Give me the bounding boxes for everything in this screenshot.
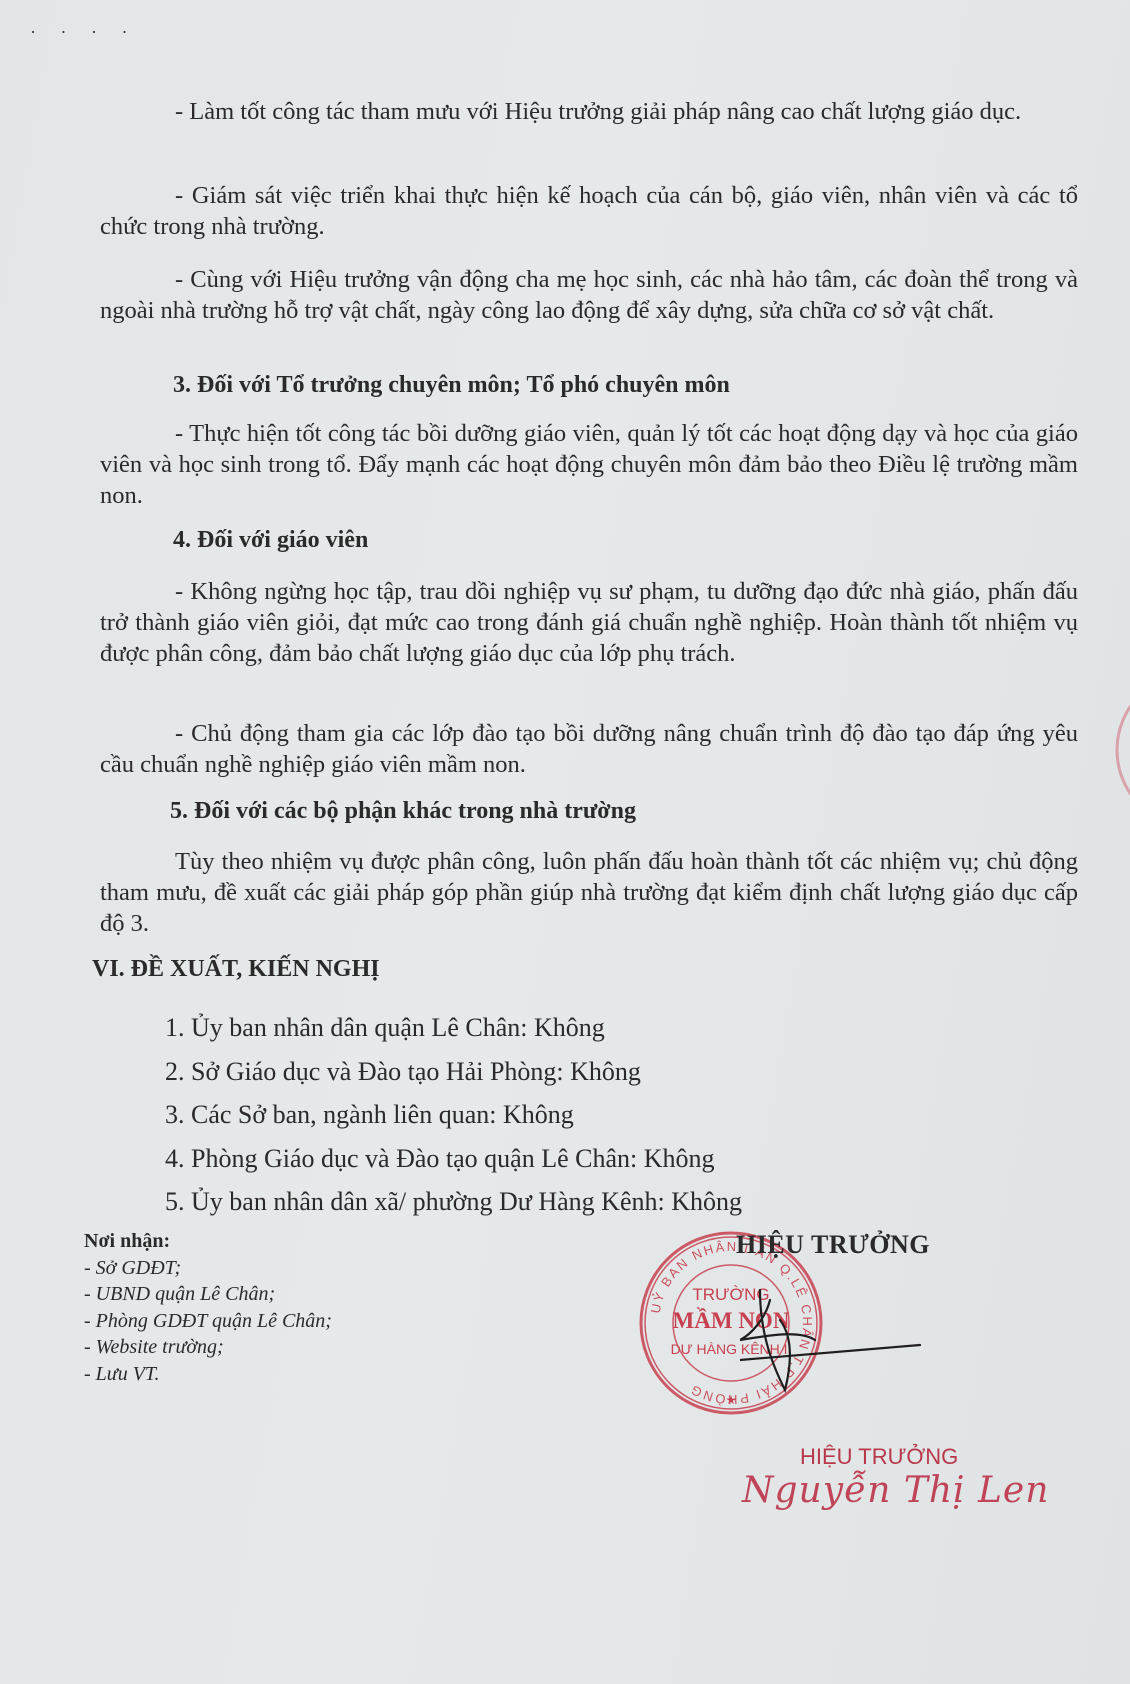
section-4-para-2: - Chủ động tham gia các lớp đào tạo bồi … [100,718,1078,780]
para-2: - Giám sát việc triển khai thực hiện kế … [100,180,1078,242]
paper-specks: · · · · [30,22,137,43]
proposal-item: 3. Các Sở ban, ngành liên quan: Không [165,1093,742,1137]
paragraph-mobilize: - Cùng với Hiệu trưởng vận động cha mẹ h… [100,264,1078,326]
section-5-para: Tùy theo nhiệm vụ được phân công, luôn p… [100,846,1078,939]
recipient-item: - UBND quận Lê Chân; [84,1281,332,1308]
proposal-item: 1. Ủy ban nhân dân quận Lê Chân: Không [165,1006,742,1050]
stamp-name: Nguyễn Thị Len [742,1470,1049,1511]
paragraph-supervise: - Giám sát việc triển khai thực hiện kế … [100,180,1078,242]
section-4-para-1: - Không ngừng học tập, trau dồi nghiệp v… [100,576,1078,669]
signature-title: HIỆU TRƯỞNG [736,1230,930,1260]
section-4-body-1: - Không ngừng học tập, trau dồi nghiệp v… [100,576,1078,669]
section-5-body: Tùy theo nhiệm vụ được phân công, luôn p… [100,846,1078,939]
section-3-title: 3. Đối với Tổ trưởng chuyên môn; Tổ phó … [173,372,730,399]
section-3-para: - Thực hiện tốt công tác bồi dưỡng giáo … [100,418,1078,511]
edge-seal-fragment-icon [1110,670,1130,830]
svg-text:★: ★ [726,1393,737,1407]
recipient-item: - Phòng GDĐT quận Lê Chân; [84,1308,332,1335]
proposals-list: 1. Ủy ban nhân dân quận Lê Chân: Không 2… [165,1006,742,1224]
section-5-title: 5. Đối với các bộ phận khác trong nhà tr… [170,798,636,825]
recipients-title: Nơi nhận: [84,1228,332,1255]
section-4-title: 4. Đối với giáo viên [173,527,368,554]
handwritten-signature-icon [740,1280,930,1410]
para-3: - Cùng với Hiệu trưởng vận động cha mẹ h… [100,264,1078,326]
section-4-body-2: - Chủ động tham gia các lớp đào tạo bồi … [100,718,1078,780]
recipient-item: - Website trường; [84,1334,332,1361]
section-3-body: - Thực hiện tốt công tác bồi dưỡng giáo … [100,418,1078,511]
proposal-item: 4. Phòng Giáo dục và Đào tạo quận Lê Châ… [165,1137,742,1181]
proposal-item: 2. Sở Giáo dục và Đào tạo Hải Phòng: Khô… [165,1050,742,1094]
proposal-item: 5. Ủy ban nhân dân xã/ phường Dư Hàng Kê… [165,1180,742,1224]
document-page: · · · · - Làm tốt công tác tham mưu với … [0,0,1130,1684]
recipient-item: - Sở GDĐT; [84,1255,332,1282]
proposals-title: VI. ĐỀ XUẤT, KIẾN NGHỊ [92,956,380,983]
stamp-role: HIỆU TRƯỞNG [800,1444,958,1470]
recipients-block: Nơi nhận: - Sở GDĐT; - UBND quận Lê Chân… [84,1228,332,1387]
para-1: - Làm tốt công tác tham mưu với Hiệu trư… [100,96,1078,127]
recipient-item: - Lưu VT. [84,1361,332,1388]
paragraph-advise: - Làm tốt công tác tham mưu với Hiệu trư… [100,96,1078,127]
